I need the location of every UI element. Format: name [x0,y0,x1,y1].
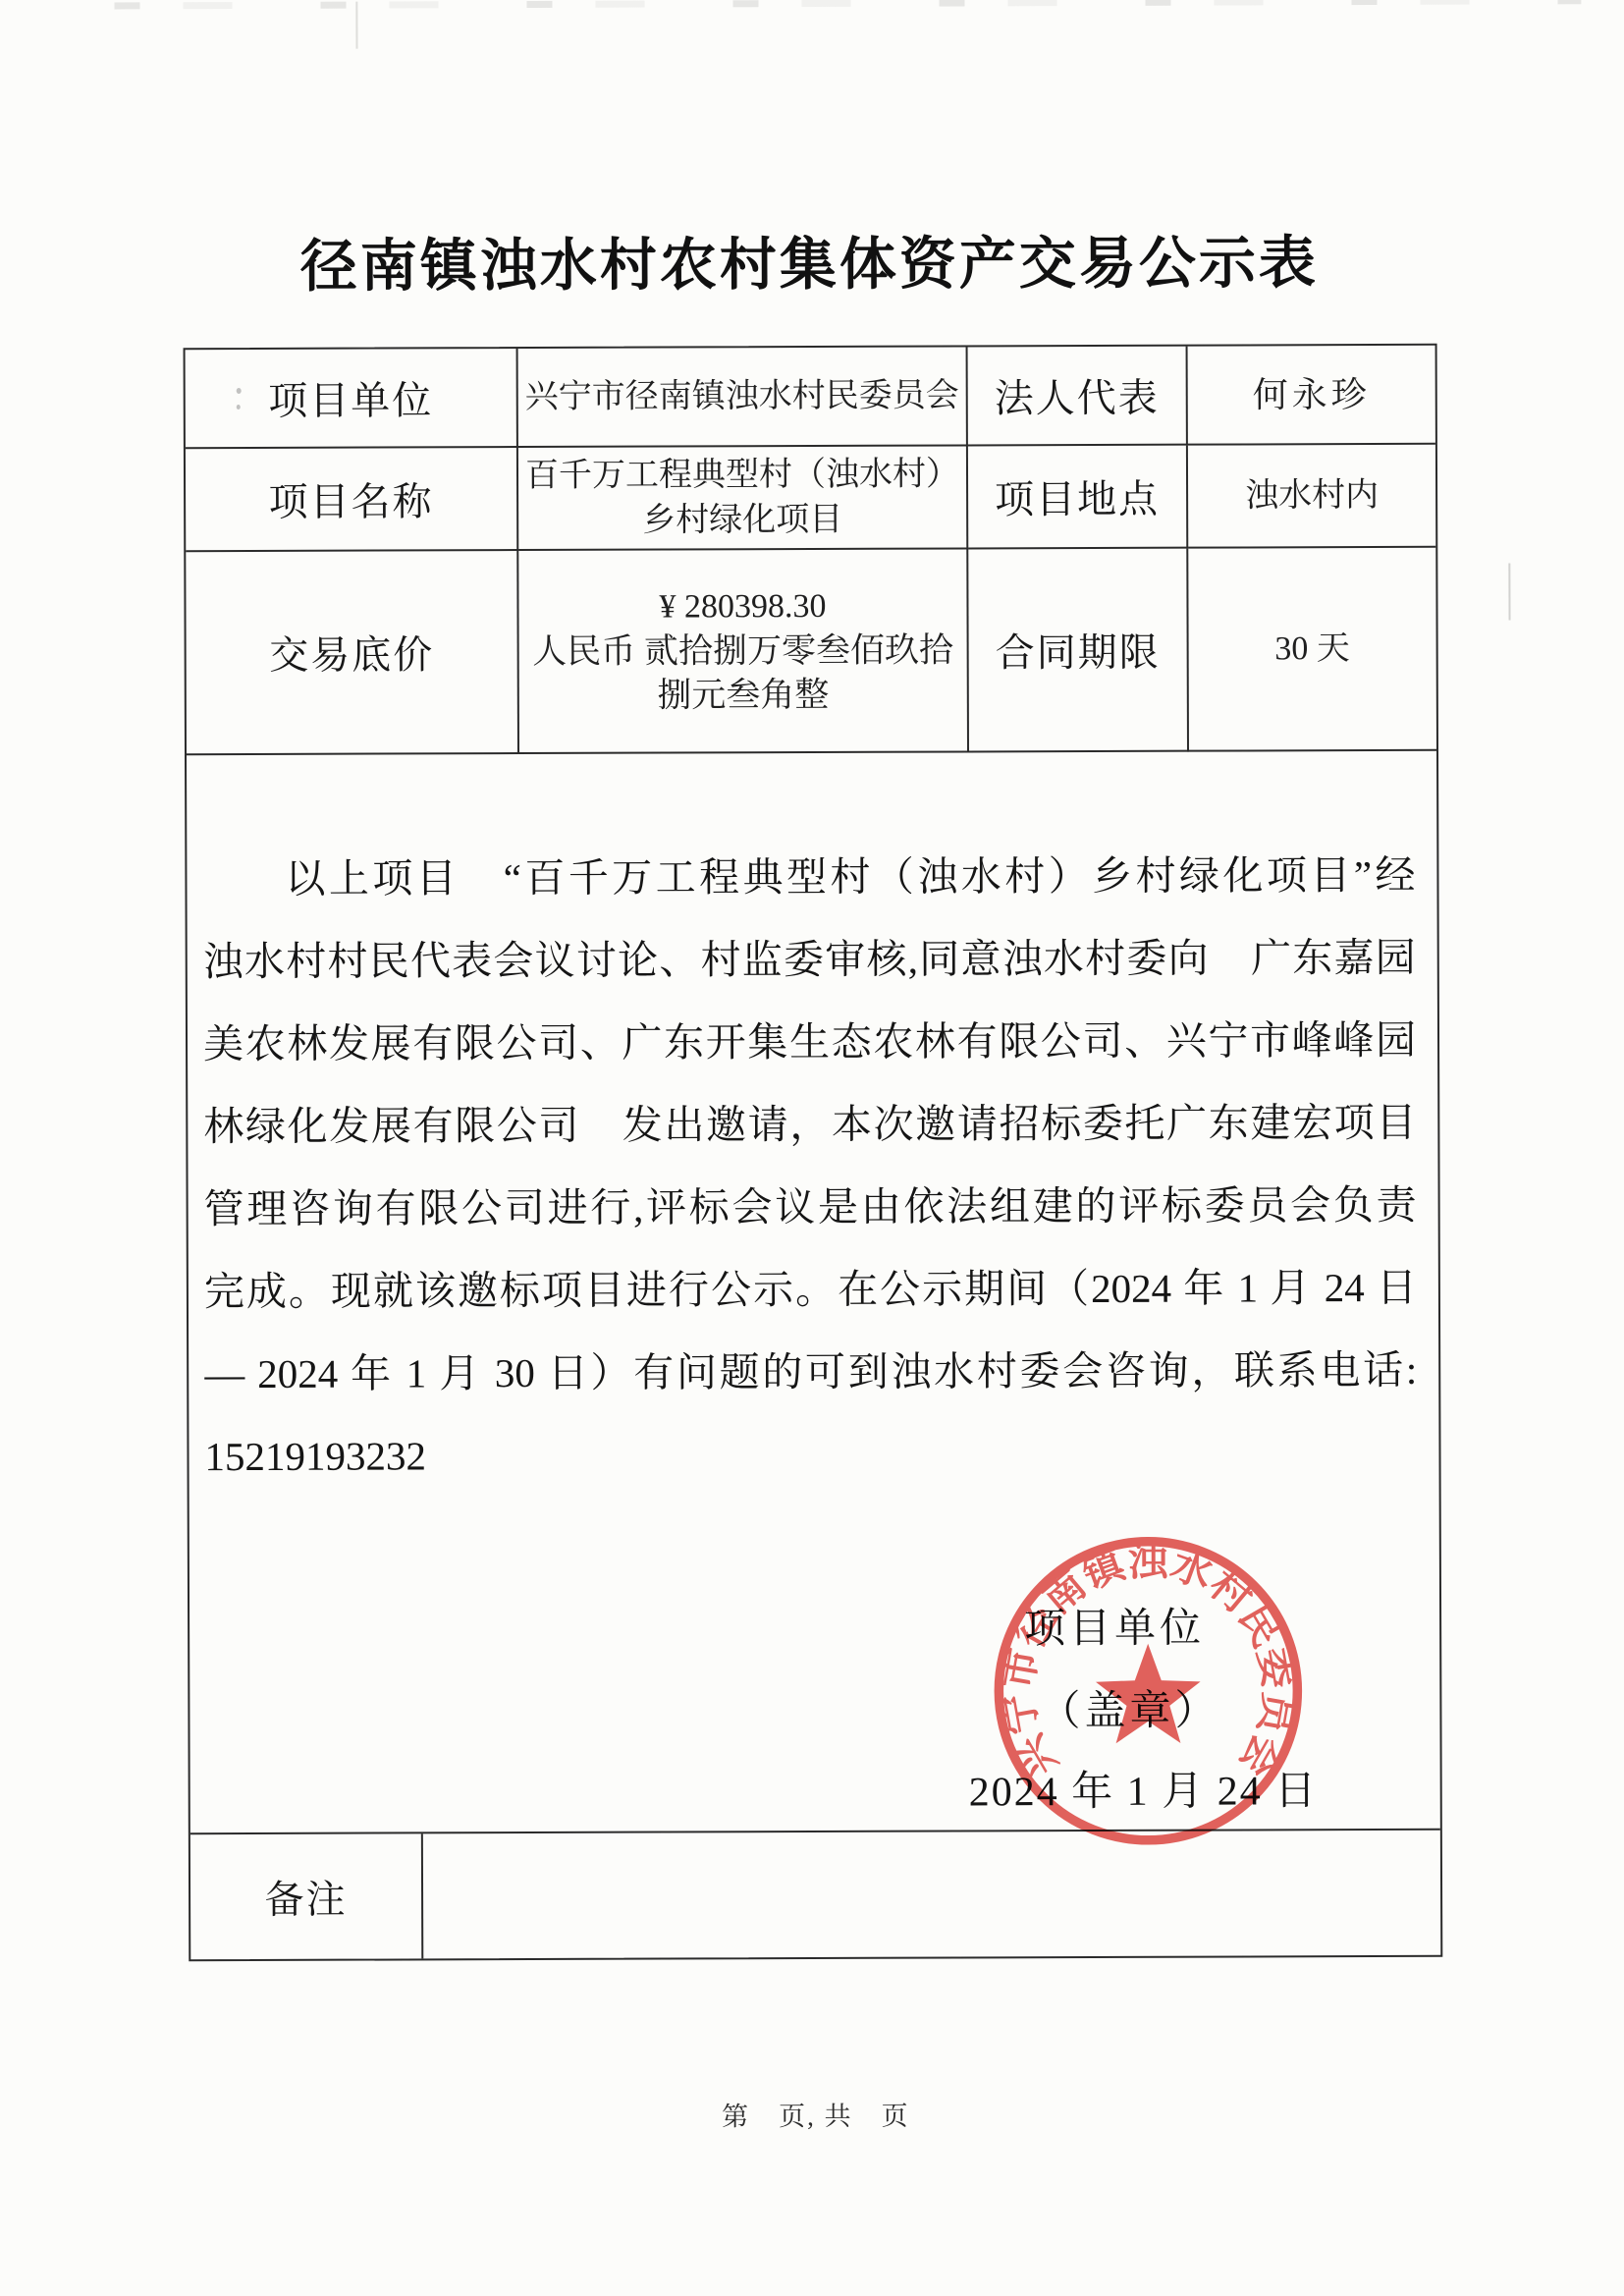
scan-tick-artifact [1508,564,1510,621]
notice-paragraph: 以上项目 “百千万工程典型村（浊水村）乡村绿化项目”经 浊水村村民代表会议讨论、… [187,751,1439,1498]
scan-content: 径南镇浊水村农村集体资产交易公示表 项目单位 兴宁市径南镇浊水村民委员会 法人代… [0,0,1624,2296]
value-contract-term: 30 天 [1188,548,1436,752]
table-row-project-unit: 项目单位 兴宁市径南镇浊水村民委员会 法人代表 何永珍 [186,346,1435,449]
notice-line: 林绿化发展有限公司 发出邀请，本次邀请招标委托广东建宏项目 [203,1081,1416,1168]
scanned-document-page: 径南镇浊水村农村集体资产交易公示表 项目单位 兴宁市径南镇浊水村民委员会 法人代… [0,0,1624,2296]
notice-contact-phone: 15219193232 [204,1411,1417,1498]
table-row-base-price: 交易底价 ¥ 280398.30 人民币 贰拾捌万零叁佰玖拾捌元叁角整 合同期限… [186,548,1436,755]
table-row-project-name: 项目名称 百千万工程典型村（浊水村）乡村绿化项目 项目地点 浊水村内 [186,445,1435,552]
value-legal-representative: 何永珍 [1188,346,1435,446]
document-title: 径南镇浊水村农村集体资产交易公示表 [0,215,1621,303]
label-remarks: 备注 [190,1833,423,1959]
page-number-footer: 第 页, 共 页 [4,2092,1624,2136]
label-base-price: 交易底价 [186,551,519,755]
value-project-name: 百千万工程典型村（浊水村）乡村绿化项目 [518,446,968,551]
label-project-name: 项目名称 [186,448,518,552]
notice-line: — 2024 年 1 月 30 日）有问题的可到浊水村委会咨询，联系电话: [204,1329,1417,1415]
value-project-location: 浊水村内 [1188,445,1435,549]
scan-edge-noise [114,0,1581,9]
label-project-location: 项目地点 [968,446,1188,550]
label-legal-representative: 法人代表 [968,347,1188,447]
notice-line: 管理咨询有限公司进行,评标会议是由依法组建的评标委员会负责 [203,1164,1416,1250]
seal-star-icon [1096,1644,1201,1744]
base-price-numeric: ¥ 280398.30 [659,584,826,629]
value-base-price: ¥ 280398.30 人民币 贰拾捌万零叁佰玖拾捌元叁角整 [518,549,969,754]
notice-line: 以上项目 “百千万工程典型村（浊水村）乡村绿化项目”经 [202,834,1415,920]
label-project-unit: 项目单位 [186,349,518,449]
value-project-unit: 兴宁市径南镇浊水村民委员会 [518,347,968,448]
base-price-in-words: 人民币 贰拾捌万零叁佰玖拾捌元叁角整 [525,628,961,718]
notice-line: 完成。现就该邀标项目进行公示。在公示期间（2024 年 1 月 24 日 [204,1246,1417,1333]
notice-line: 浊水村村民代表会议讨论、村监委审核,同意浊水村委向 广东嘉园 [203,916,1416,1003]
scan-streak-artifact [355,2,357,49]
official-red-seal: 兴宁市径南镇浊水村民委员会 [986,1528,1311,1853]
notice-line: 美农林发展有限公司、广东开集生态农林有限公司、兴宁市峰峰园 [203,999,1416,1085]
label-contract-term: 合同期限 [968,549,1189,753]
